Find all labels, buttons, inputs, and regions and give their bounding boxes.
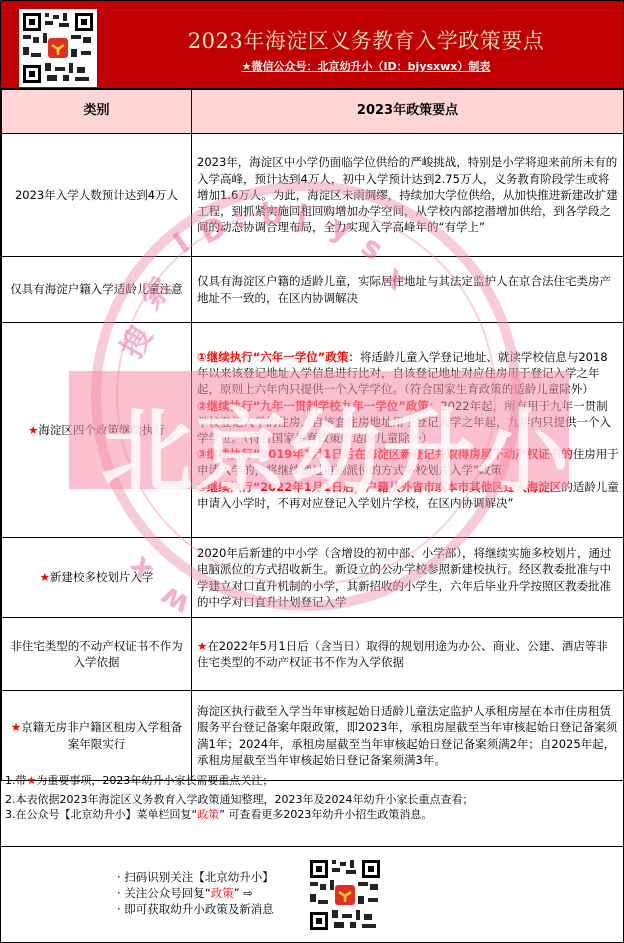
policy-cell: 2023年，海淀区中小学仍面临学位供给的严峻挑战，特别是小学将迎来前所未有的入学…	[192, 134, 624, 257]
policy-text: 在2022年5月1日后（含当日）取得的规划用途为办公、商业、公建、酒店等非住宅类…	[197, 639, 608, 669]
category-cell: ★海淀区四个政策继续执行	[2, 323, 192, 538]
publisher-credit: ★微信公众号：北京幼升小（ID：bjysxwx）制表	[131, 58, 601, 74]
important-star-icon: ★	[28, 423, 38, 437]
important-star-icon: ★	[27, 774, 37, 787]
category-label: 京籍无房非户籍区租房入学租备案年限实行	[21, 720, 182, 750]
policy-item-lead: ④继续执行“2022年1月1日后，户籍从外省市或本市其他区迁入海淀区	[197, 480, 561, 494]
category-cell: 2023年入学人数预计达到4万人	[2, 134, 192, 257]
category-label: 新建校多校划片入学	[50, 570, 154, 584]
page-title: 2023年海淀区义务教育入学政策要点	[131, 25, 601, 55]
table-row: ★京籍无房非户籍区租房入学租备案年限实行 海淀区执行截至入学当年审核起始日适龄儿…	[2, 691, 624, 781]
policy-item-3: ③继续执行“2019年1月1日后在海淀区新登记并取得房屋不动产权证书的住房用于申…	[197, 446, 619, 478]
policy-item-2: ②继续执行“九年一贯制学校九年一学位”政策：2022年起，所有用于九年一贯制学校…	[197, 398, 619, 447]
note-2: 2.本表依据2023年海淀区义务教育入学政策通知整理，2023年及2024年幼升…	[5, 792, 615, 808]
note-text: 3.在公众号【北京幼升小】菜单栏回复“	[5, 808, 197, 821]
footer-instructions: · 扫码识别关注【北京幼升小】 · 关注公众号回复“政策” ⇨ · 即可获取幼升…	[117, 869, 274, 917]
footer-line-1: · 扫码识别关注【北京幼升小】	[117, 869, 274, 885]
table-row: ★海淀区四个政策继续执行 ①继续执行“六年一学位”政策：将适龄儿童入学登记地址、…	[2, 323, 624, 538]
policy-item-1: ①继续执行“六年一学位”政策：将适龄儿童入学登记地址、就读学校信息与2018年以…	[197, 349, 619, 398]
category-cell: ★京籍无房非户籍区租房入学租备案年限实行	[2, 691, 192, 781]
policy-table: 类别 2023年政策要点 2023年入学人数预计达到4万人 2023年，海淀区中…	[1, 89, 624, 781]
note-3: 3.在公众号【北京幼升小】菜单栏回复“政策” 可查看更多2023年幼升小招生政策…	[5, 807, 615, 823]
category-cell: 非住宅类型的不动产权证书不作为入学依据	[2, 618, 192, 691]
policy-text: 2020年后新建的中小学（含增设的初中部、小学部），将继续实施多校划片，通过电脑…	[197, 546, 612, 609]
qr-code-icon	[19, 9, 97, 87]
important-star-icon: ★	[11, 720, 21, 734]
policy-item-lead: ③继续执行“2019年1月1日后在海淀区新登记并取得房屋不动产权证书的	[197, 447, 573, 461]
table-header-row: 类别 2023年政策要点	[2, 90, 624, 134]
footer-line-2: · 关注公众号回复“政策” ⇨	[117, 885, 274, 901]
category-label: 非住宅类型的不动产权证书不作为入学依据	[10, 639, 183, 669]
qr-code-icon	[306, 856, 384, 934]
footer-text: · 关注公众号回复“	[117, 886, 211, 900]
table-row: 仅具有海淀户籍入学适龄儿童注意 仅具有海淀区户籍的适龄儿童，实际居住地址与其法定…	[2, 257, 624, 323]
footer-divider	[1, 846, 623, 847]
table-row: 非住宅类型的不动产权证书不作为入学依据 ★在2022年5月1日后（含当日）取得的…	[2, 618, 624, 691]
policy-cell: 海淀区执行截至入学当年审核起始日适龄儿童法定监护人承租房屋在本市住房租赁服务平台…	[192, 691, 624, 781]
footer-line-3: · 即可获取幼升小政策及新消息	[117, 901, 274, 917]
important-star-icon: ★	[40, 570, 50, 584]
category-cell: ★新建校多校划片入学	[2, 538, 192, 618]
policy-text: 2023年，海淀区中小学仍面临学位供给的严峻挑战，特别是小学将迎来前所未有的入学…	[197, 155, 618, 234]
title-banner: 2023年海淀区义务教育入学政策要点 ★微信公众号：北京幼升小（ID：bjysx…	[1, 1, 623, 89]
policy-cell: ★在2022年5月1日后（含当日）取得的规划用途为办公、商业、公建、酒店等非住宅…	[192, 618, 624, 691]
policy-item-4: ④继续执行“2022年1月1日后，户籍从外省市或本市其他区迁入海淀区的适龄儿童申…	[197, 479, 619, 511]
category-cell: 仅具有海淀户籍入学适龄儿童注意	[2, 257, 192, 323]
notes-section: 1.带★为重要事项，2023年幼升小家长需要重点关注； 2.本表依据2023年海…	[5, 773, 615, 823]
keyword-policy: 政策	[211, 886, 234, 900]
category-label: 仅具有海淀户籍入学适龄儿童注意	[10, 282, 183, 296]
policy-cell: ①继续执行“六年一学位”政策：将适龄儿童入学登记地址、就读学校信息与2018年以…	[192, 323, 624, 538]
important-star-icon: ★	[197, 639, 207, 653]
keyword-policy: 政策	[197, 808, 219, 821]
note-text: 为重要事项，2023年幼升小家长需要重点关注；	[36, 774, 273, 787]
policy-sheet: 2023年海淀区义务教育入学政策要点 ★微信公众号：北京幼升小（ID：bjysx…	[0, 0, 624, 943]
policy-item-lead: ②继续执行“九年一贯制学校九年一学位”政策：	[197, 399, 440, 413]
category-label: 2023年入学人数预计达到4万人	[15, 188, 178, 202]
policy-text: 仅具有海淀区户籍的适龄儿童，实际居住地址与其法定监护人在京合法住宅类房产地址不一…	[197, 274, 611, 304]
policy-cell: 2020年后新建的中小学（含增设的初中部、小学部），将继续实施多校划片，通过电脑…	[192, 538, 624, 618]
policy-item-lead: ①继续执行“六年一学位”政策：	[197, 350, 360, 364]
table-row: 2023年入学人数预计达到4万人 2023年，海淀区中小学仍面临学位供给的严峻挑…	[2, 134, 624, 257]
table-row: ★新建校多校划片入学 2020年后新建的中小学（含增设的初中部、小学部），将继续…	[2, 538, 624, 618]
column-header-category: 类别	[2, 90, 192, 134]
note-text: ” 可查看更多2023年幼升小招生政策消息。	[219, 808, 432, 821]
policy-text: 海淀区执行截至入学当年审核起始日适龄儿童法定监护人承租房屋在本市住房租赁服务平台…	[197, 704, 617, 767]
policy-cell: 仅具有海淀区户籍的适龄儿童，实际居住地址与其法定监护人在京合法住宅类房产地址不一…	[192, 257, 624, 323]
category-label: 海淀区四个政策继续执行	[38, 423, 165, 437]
note-text: 1.带	[5, 774, 27, 787]
note-1: 1.带★为重要事项，2023年幼升小家长需要重点关注；	[5, 773, 615, 789]
arrow-right-icon: ” ⇨	[234, 886, 253, 900]
column-header-policy: 2023年政策要点	[192, 90, 624, 134]
